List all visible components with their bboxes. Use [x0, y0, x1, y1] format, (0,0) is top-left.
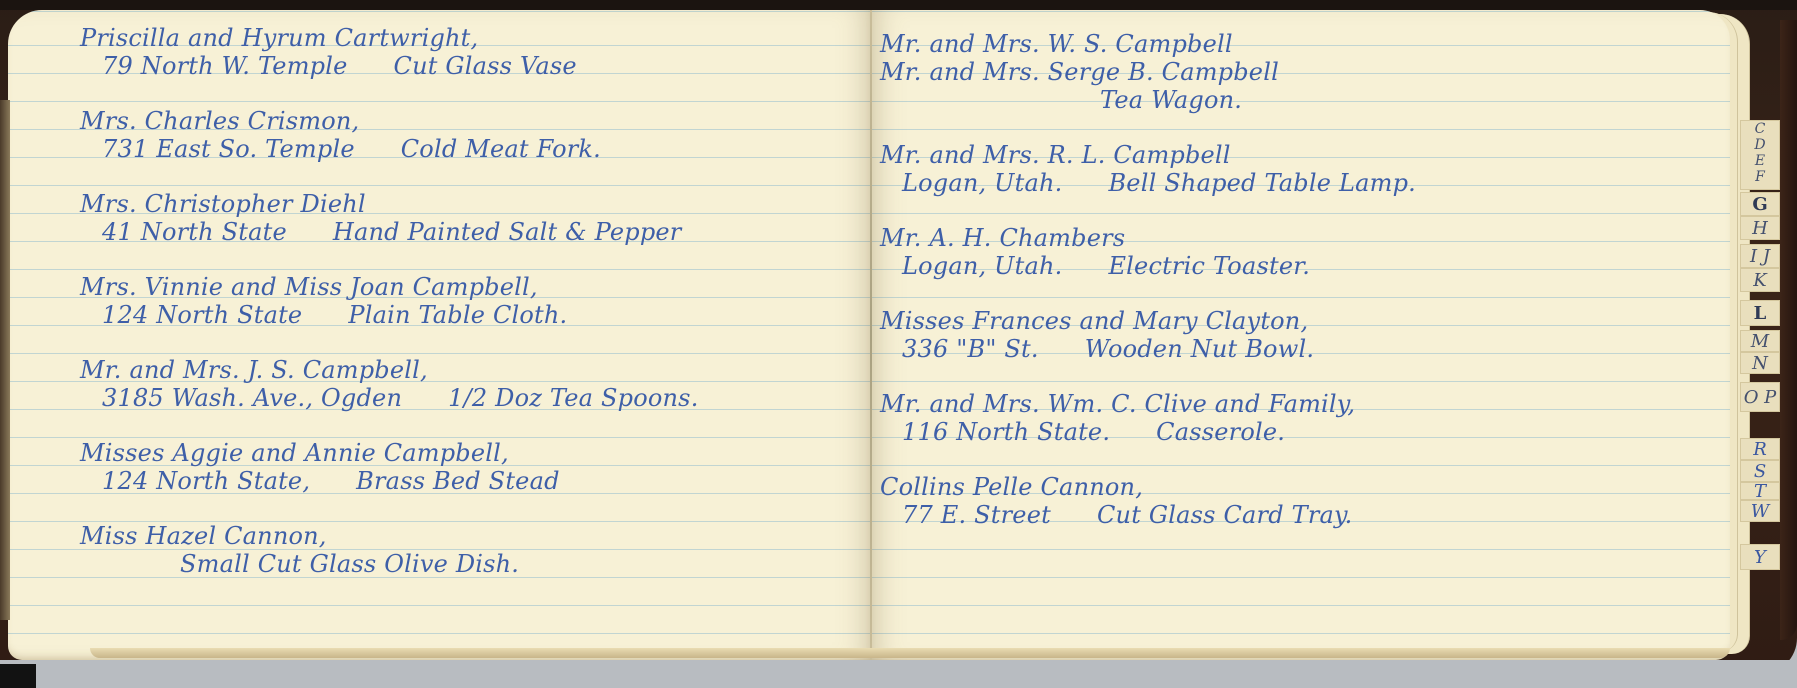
entry-name: Mr. A. H. Chambers	[880, 224, 1640, 252]
cover-top-edge	[0, 0, 1797, 10]
entry-name: Mrs. Christopher Diehl	[80, 190, 840, 218]
left-page-edge	[0, 100, 10, 620]
entry-gift: Hand Painted Salt & Pepper	[333, 218, 682, 246]
entry-detail-line: Small Cut Glass Olive Dish.	[80, 550, 840, 578]
entry-name: Mr. and Mrs. J. S. Campbell,	[80, 356, 840, 384]
entry-name: Mr. and Mrs. Wm. C. Clive and Family,	[880, 390, 1640, 418]
entry-name-second: Mr. and Mrs. Serge B. Campbell	[880, 58, 1640, 86]
entry-name: Mr. and Mrs. R. L. Campbell	[880, 141, 1640, 169]
gift-entry: Mr. and Mrs. R. L. Campbell Logan, Utah.…	[880, 141, 1640, 197]
index-tab-h[interactable]: H	[1740, 216, 1780, 240]
entry-address: 124 North State	[102, 301, 302, 329]
entry-name: Misses Aggie and Annie Campbell,	[80, 439, 840, 467]
cover-corner	[0, 664, 36, 688]
entry-name: Misses Frances and Mary Clayton,	[880, 307, 1640, 335]
entry-gift: Electric Toaster.	[1108, 252, 1310, 280]
gift-entry: Mr. and Mrs. W. S. Campbell Mr. and Mrs.…	[880, 30, 1640, 114]
alphabet-index-tabs: C D E FGHI JKLMNO PRSTWY	[1740, 120, 1780, 640]
gift-entry: Miss Hazel Cannon, Small Cut Glass Olive…	[80, 522, 840, 578]
entry-gift: Bell Shaped Table Lamp.	[1108, 169, 1416, 197]
index-tab-n[interactable]: N	[1740, 352, 1780, 374]
index-tab-r[interactable]: R	[1740, 438, 1780, 460]
entry-gift: Wooden Nut Bowl.	[1085, 335, 1314, 363]
entry-address: 79 North W. Temple	[102, 52, 348, 80]
gift-entry: Mrs. Christopher Diehl 41 North StateHan…	[80, 190, 840, 246]
index-tab-t[interactable]: T	[1740, 482, 1780, 500]
entry-detail-line: 77 E. StreetCut Glass Card Tray.	[880, 501, 1640, 529]
entry-detail-line: Logan, Utah.Electric Toaster.	[880, 252, 1640, 280]
gift-entry: Mr. and Mrs. J. S. Campbell, 3185 Wash. …	[80, 356, 840, 412]
gift-entry: Collins Pelle Cannon, 77 E. StreetCut Gl…	[880, 473, 1640, 529]
entry-detail-line: 731 East So. TempleCold Meat Fork.	[80, 135, 840, 163]
right-page-entries: Mr. and Mrs. W. S. Campbell Mr. and Mrs.…	[880, 24, 1640, 556]
index-tab-c-d-e-f[interactable]: C D E F	[1740, 120, 1780, 190]
gift-entry: Mr. A. H. Chambers Logan, Utah.Electric …	[880, 224, 1640, 280]
left-page-entries: Priscilla and Hyrum Cartwright, 79 North…	[80, 24, 840, 605]
entry-gift: Cold Meat Fork.	[401, 135, 601, 163]
index-tab-i-j[interactable]: I J	[1740, 244, 1780, 268]
book-spine	[870, 10, 872, 660]
entry-name: Mrs. Charles Crismon,	[80, 107, 840, 135]
index-tab-m[interactable]: M	[1740, 330, 1780, 352]
entry-detail-line: 79 North W. TempleCut Glass Vase	[80, 52, 840, 80]
entry-gift: Casserole.	[1156, 418, 1285, 446]
index-tab-w[interactable]: W	[1740, 500, 1780, 522]
gift-entry: Misses Frances and Mary Clayton, 336 "B"…	[880, 307, 1640, 363]
entry-address: 3185 Wash. Ave., Ogden	[102, 384, 402, 412]
entry-name: Miss Hazel Cannon,	[80, 522, 840, 550]
entry-address: Logan, Utah.	[902, 169, 1062, 197]
index-tab-g[interactable]: G	[1740, 192, 1780, 216]
gift-entry: Mrs. Vinnie and Miss Joan Campbell, 124 …	[80, 273, 840, 329]
index-tab-o-p[interactable]: O P	[1740, 382, 1780, 412]
entry-address: 41 North State	[102, 218, 287, 246]
entry-name: Priscilla and Hyrum Cartwright,	[80, 24, 840, 52]
page-bottom-edge	[90, 648, 1730, 658]
entry-name: Mr. and Mrs. W. S. Campbell	[880, 30, 1640, 58]
entry-address: 116 North State.	[902, 418, 1110, 446]
entry-address: 336 "B" St.	[902, 335, 1039, 363]
gift-entry: Mrs. Charles Crismon, 731 East So. Templ…	[80, 107, 840, 163]
entry-gift: Cut Glass Vase	[394, 52, 577, 80]
cover-right-edge	[1780, 20, 1797, 640]
entry-detail-line: 124 North StatePlain Table Cloth.	[80, 301, 840, 329]
index-tab-l[interactable]: L	[1740, 300, 1780, 326]
entry-gift: Brass Bed Stead	[356, 467, 559, 495]
entry-address: 77 E. Street	[902, 501, 1051, 529]
gift-entry: Mr. and Mrs. Wm. C. Clive and Family, 11…	[880, 390, 1640, 446]
entry-address: Logan, Utah.	[902, 252, 1062, 280]
entry-detail-line: 41 North StateHand Painted Salt & Pepper	[80, 218, 840, 246]
entry-name: Collins Pelle Cannon,	[880, 473, 1640, 501]
gift-entry: Misses Aggie and Annie Campbell, 124 Nor…	[80, 439, 840, 495]
index-tab-y[interactable]: Y	[1740, 544, 1780, 570]
entry-gift: Tea Wagon.	[880, 86, 1640, 114]
entry-gift: Plain Table Cloth.	[348, 301, 567, 329]
index-tab-s[interactable]: S	[1740, 460, 1780, 482]
entry-address: 124 North State,	[102, 467, 310, 495]
background-surface	[0, 660, 1797, 688]
entry-gift: Small Cut Glass Olive Dish.	[180, 550, 519, 578]
gift-entry: Priscilla and Hyrum Cartwright, 79 North…	[80, 24, 840, 80]
entry-gift: Cut Glass Card Tray.	[1097, 501, 1352, 529]
entry-detail-line: Logan, Utah.Bell Shaped Table Lamp.	[880, 169, 1640, 197]
entry-detail-line: 116 North State.Casserole.	[880, 418, 1640, 446]
entry-gift: 1/2 Doz Tea Spoons.	[448, 384, 698, 412]
entry-detail-line: 3185 Wash. Ave., Ogden1/2 Doz Tea Spoons…	[80, 384, 840, 412]
index-tab-k[interactable]: K	[1740, 268, 1780, 292]
entry-detail-line: 336 "B" St.Wooden Nut Bowl.	[880, 335, 1640, 363]
entry-detail-line: 124 North State,Brass Bed Stead	[80, 467, 840, 495]
entry-address: 731 East So. Temple	[102, 135, 355, 163]
entry-name: Mrs. Vinnie and Miss Joan Campbell,	[80, 273, 840, 301]
